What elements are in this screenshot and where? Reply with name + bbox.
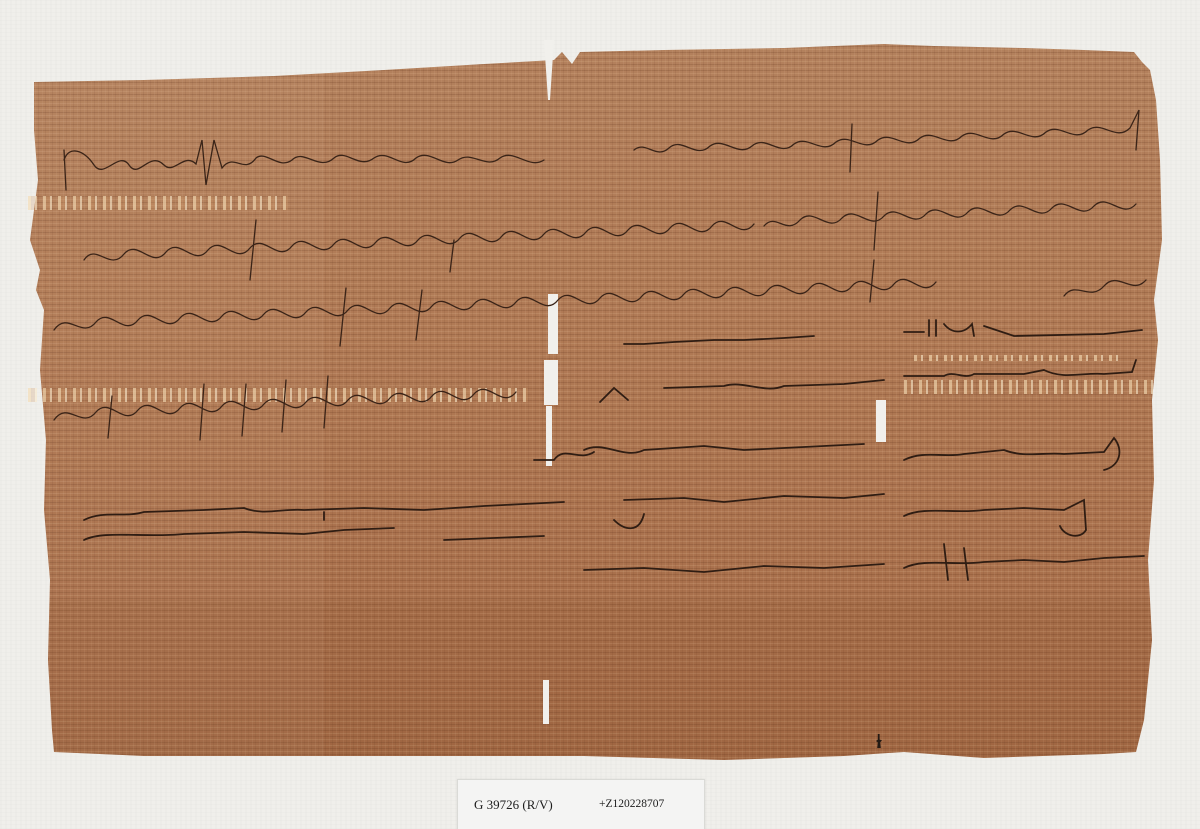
inventory-number: G 39726 (R/V) (474, 797, 553, 813)
image-code: +Z120228707 (599, 798, 664, 810)
handwriting (24, 40, 1174, 762)
catalog-label: G 39726 (R/V) +Z120228707 (457, 779, 705, 829)
papyrus-fragment (24, 40, 1174, 762)
